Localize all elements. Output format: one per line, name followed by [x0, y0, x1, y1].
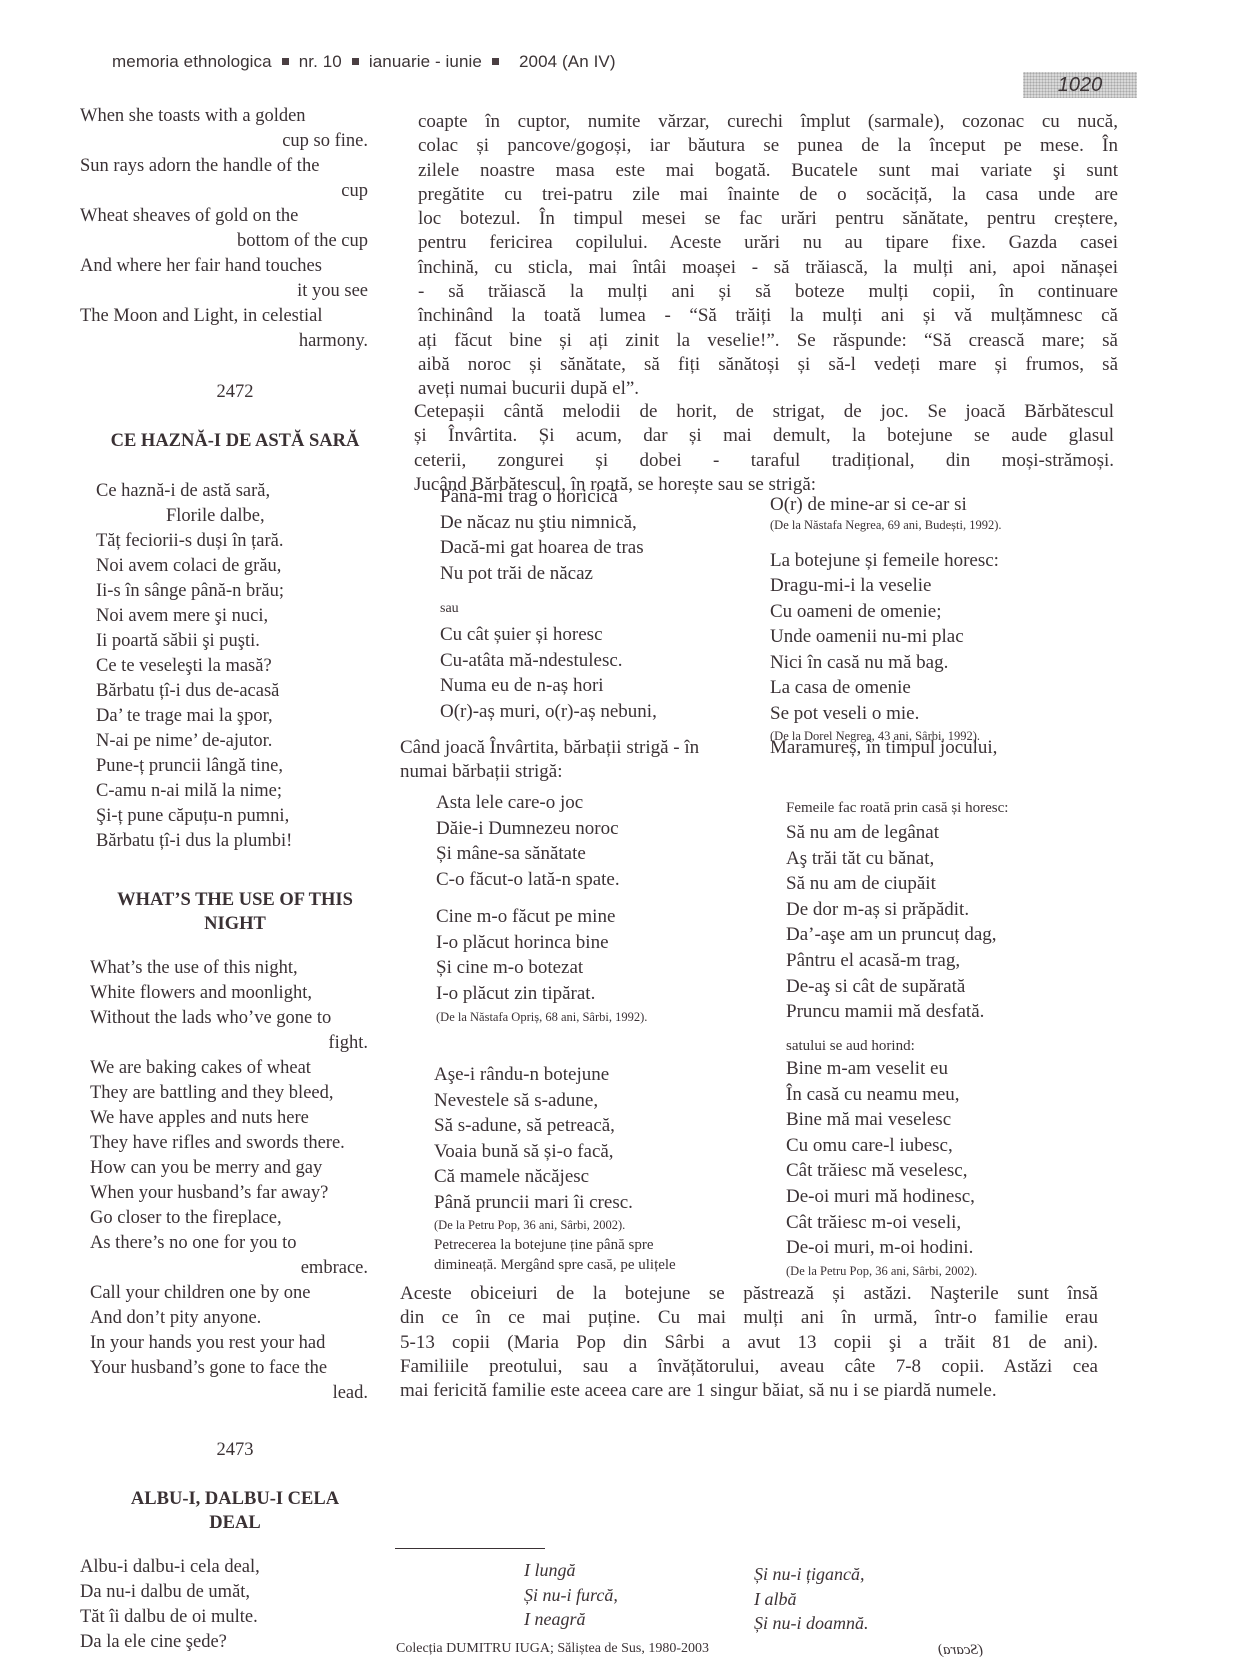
- prose-line: colac și pancove/gogoși, iar băutura se …: [418, 134, 1118, 158]
- issue-year: 2004 (An IV): [519, 52, 616, 71]
- sau-label: sau: [440, 600, 459, 618]
- invartita-intro: Când joacă Învârtita, bărbații strigă - …: [400, 736, 699, 784]
- verse-d: Asta lele care-o jocDăie-i Dumnezeu noro…: [436, 790, 620, 892]
- lyric-line-ro: Şi-ț pune căpuțu-n pumni,: [96, 804, 390, 829]
- lyric-line-en: In your hands you rest your had: [90, 1331, 390, 1356]
- lyric-line-en: As there’s no one for you to: [90, 1231, 390, 1256]
- riddle-line: Și nu-i țigancă,: [754, 1562, 869, 1587]
- translation-line: Wheat sheaves of gold on the: [80, 204, 390, 229]
- translation-line: And where her fair hand touches: [80, 254, 390, 279]
- verse-line: Se pot veseli o mie.: [770, 701, 964, 727]
- poem-translation-end: When she toasts with a goldencup so fine…: [80, 104, 390, 354]
- petrecerea-line: Petrecerea la botejune ține până spre: [434, 1235, 653, 1255]
- verse-line: Cine m-o făcut pe mine: [436, 904, 615, 930]
- verse-line: Pruncu mamii mă desfată.: [786, 999, 997, 1025]
- lyric-line: Da la ele cine şede?: [80, 1630, 390, 1655]
- verse-line: Cu cât șuier și horesc: [440, 622, 657, 648]
- prose-line: pregătite cu trei-patru zile mai înainte…: [418, 183, 1118, 207]
- lyric-line-en: White flowers and moonlight,: [90, 981, 390, 1006]
- source-citation: (De la Năstafa Opriș, 68 ani, Sârbi, 199…: [436, 1008, 647, 1026]
- intro-line: numai bărbații strigă:: [400, 760, 699, 784]
- lyric-line-en: lead.: [90, 1381, 390, 1406]
- verse-line: Cu-atâta mă-ndestulesc.: [440, 648, 657, 674]
- lyric-line-en: fight.: [90, 1031, 390, 1056]
- verse-line: I-o plăcut horinca bine: [436, 930, 615, 956]
- lyric-line-en: embrace.: [90, 1256, 390, 1281]
- verse-g: Aşe-i rându-n botejuneNevestele să s-adu…: [434, 1062, 633, 1216]
- lyric-line-en: Call your children one by one: [90, 1281, 390, 1306]
- lyric-line-ro: Bărbatu țî-i dus de-acasă: [96, 679, 390, 704]
- verse-line: Și cine m-o botezat: [436, 955, 615, 981]
- source-citation: (De la Petru Pop, 36 ani, Sârbi, 2002).: [434, 1216, 625, 1234]
- verse-line: La casa de omenie: [770, 675, 964, 701]
- verse-b: Cu cât șuier și horescCu-atâta mă-ndestu…: [440, 622, 657, 724]
- verse-line: Cât trăiesc m-oi veseli,: [786, 1210, 975, 1236]
- verse-line: Bine m-am veselit eu: [786, 1056, 975, 1082]
- collection-credit: Colecția DUMITRU IUGA; Săliștea de Sus, …: [396, 1641, 709, 1657]
- lyric-line-en: They are battling and they bleed,: [90, 1081, 390, 1106]
- prose-line: Cetерașii cântă melodii de horit, de str…: [414, 400, 1114, 424]
- translation-line: harmony.: [80, 329, 390, 354]
- prose-line: închinând la toată lumea - “Să trăiți la…: [418, 304, 1118, 328]
- running-header: memoria ethnologicanr. 10ianuarie - iuni…: [112, 52, 616, 72]
- lyric-line-en: Go closer to the fireplace,: [90, 1206, 390, 1231]
- verse-line: De-oi muri mă hodinesc,: [786, 1184, 975, 1210]
- translation-line: bottom of the cup: [80, 229, 390, 254]
- prose-line: din ce în ce mai puține. Cu mai mulți an…: [400, 1306, 1098, 1330]
- verse-line: Cât trăiesc mă veselesc,: [786, 1158, 975, 1184]
- verse-line: Nevestele să s-adune,: [434, 1088, 633, 1114]
- lyric-line-ro: Pune-ț pruncii lângă tine,: [96, 754, 390, 779]
- song-title-en-line: NIGHT: [80, 912, 390, 936]
- song-lyrics-ro: Ce haznă-i de astă sară,Florile dalbe,Tă…: [80, 479, 390, 854]
- song-title-line: DEAL: [80, 1511, 390, 1535]
- verse-line: Asta lele care-o joc: [436, 790, 620, 816]
- lyric-line-ro: Ii-s în sânge până-n brău;: [96, 579, 390, 604]
- verse-line: O(r)-aș muri, o(r)-aș nebuni,: [440, 699, 657, 725]
- verse-c: Dragu-mi-i la veselieCu oameni de omenie…: [770, 573, 964, 727]
- verse-line: Să nu am de legânat: [786, 820, 997, 846]
- prose-line: și Învârtita. Și acum, dar și mai demult…: [414, 424, 1114, 448]
- verse-line: Da’-aşe am un pruncuț dag,: [786, 922, 997, 948]
- bullet-square-icon: [352, 58, 359, 65]
- translation-line: The Moon and Light, in celestial: [80, 304, 390, 329]
- verse-line: Voaia bună să și-o facă,: [434, 1139, 633, 1165]
- prose-line: pentru fericirea copilului. Aceste urări…: [418, 231, 1118, 255]
- song-lyrics-en: What’s the use of this night,White flowe…: [80, 956, 390, 1406]
- verse-line: Bine mă mai veselesc: [786, 1107, 975, 1133]
- song-number: 2472: [80, 380, 390, 405]
- lyric-line: Albu-i dalbu-i cela deal,: [80, 1555, 390, 1580]
- prose-line: zilele noastre masa este mai bogată. Buc…: [418, 159, 1118, 183]
- prose-line: ceterii, zongurei și dobei - taraful tra…: [414, 449, 1114, 473]
- prose-line: coapte în cuptor, numite vărzar, curechi…: [418, 110, 1118, 134]
- lyric-line: Da nu-i dalbu de umăt,: [80, 1580, 390, 1605]
- verse-h: Bine m-am veselit euÎn casă cu neamu meu…: [786, 1056, 975, 1261]
- song-title-ro: CE HAZNĂ-I DE ASTĂ SARĂ: [80, 429, 390, 453]
- left-column: When she toasts with a goldencup so fine…: [80, 104, 390, 1655]
- prose-line: închină, cu sticla, mai întâi moașei - s…: [418, 256, 1118, 280]
- intro-roata: Femeile fac roată prin casă și horesc:: [786, 798, 1008, 818]
- issue-number: nr. 10: [299, 52, 342, 71]
- verse-line: Aş trăi tăt cu bănat,: [786, 846, 997, 872]
- verse-line: Pântru el acasă-m trag,: [786, 948, 997, 974]
- verse-line: Unde oamenii nu-mi plac: [770, 624, 964, 650]
- verse-line: Dragu-mi-i la veselie: [770, 573, 964, 599]
- riddle-line: Și nu-i furcă,: [524, 1583, 618, 1608]
- verse-line: De-aş si cât de supărată: [786, 974, 997, 1000]
- lyric-line-ro: C-amu n-ai milă la nime;: [96, 779, 390, 804]
- translation-line: cup so fine.: [80, 129, 390, 154]
- lyric-line-en: They have rifles and swords there.: [90, 1131, 390, 1156]
- verse-line: Dăie-i Dumnezeu noroc: [436, 816, 620, 842]
- verse-b-end: O(r) de mine-ar si ce-ar si: [770, 492, 967, 518]
- verse-f: Să nu am de legânatAş trăi tăt cu bănat,…: [786, 820, 997, 1025]
- lyric-line-en: We are baking cakes of wheat: [90, 1056, 390, 1081]
- verse-line: Până-mi trag o horicică: [440, 484, 644, 510]
- lyric-line-ro: Bărbatu țî-i dus la plumbi!: [96, 829, 390, 854]
- source-citation: (De la Năstafa Negrea, 69 ani, Budești, …: [770, 516, 1002, 534]
- riddle-line: I albă: [754, 1587, 869, 1612]
- verse-line: Să s-adune, să petreacă,: [434, 1113, 633, 1139]
- paragraph-2: Cetерașii cântă melodii de horit, de str…: [414, 400, 1114, 497]
- song-title-2473: ALBU-I, DALBU-I CELA DEAL: [80, 1487, 390, 1535]
- translation-line: it you see: [80, 279, 390, 304]
- verse-line: Și mâne-sa sănătate: [436, 841, 620, 867]
- lyric-line-en: Without the lads who’ve gone to: [90, 1006, 390, 1031]
- lyric-line-en: What’s the use of this night,: [90, 956, 390, 981]
- song-lyrics-2473: Albu-i dalbu-i cela deal,Da nu-i dalbu d…: [80, 1555, 390, 1655]
- verse-line: Până pruncii mari îi cresc.: [434, 1190, 633, 1216]
- prose-line: 5-13 copii (Maria Pop din Sârbi a avut 1…: [400, 1331, 1098, 1355]
- verse-line: Nu pot trăi de năcaz: [440, 561, 644, 587]
- lyric-line-ro: Ce te veseleşti la masă?: [96, 654, 390, 679]
- intro-women: La botejune și femeile horesc:: [770, 548, 999, 574]
- prose-line: aibă noroc și sănătate, să fiți sănătoși…: [418, 353, 1118, 377]
- intro-line: Când joacă Învârtita, bărbații strigă - …: [400, 736, 699, 760]
- verse-line: Cu oameni de omenie;: [770, 599, 964, 625]
- riddle-line: I lungă: [524, 1558, 618, 1583]
- lyric-line-ro: Ii poartă săbii şi puşti.: [96, 629, 390, 654]
- song-title-en-line: WHAT’S THE USE OF THIS: [80, 888, 390, 912]
- lyric-line-ro: Ce haznă-i de astă sară,: [96, 479, 390, 504]
- invartita-intro-right: Maramureș, în timpul jocului,: [770, 736, 997, 760]
- verse-line: I-o plăcut zin tipărat.: [436, 981, 615, 1007]
- verse-e: Cine m-o făcut pe mineI-o plăcut horinca…: [436, 904, 615, 1006]
- verse-line: Că mamele năcăjesc: [434, 1164, 633, 1190]
- verse-line: În casă cu neamu meu,: [786, 1082, 975, 1108]
- lyric-line-ro: Tăț feciorii-s duși în țară.: [96, 529, 390, 554]
- satului-line: satului se aud horind:: [786, 1036, 915, 1056]
- song-title-line: ALBU-I, DALBU-I CELA: [80, 1487, 390, 1511]
- verse-line: Aşe-i rându-n botejune: [434, 1062, 633, 1088]
- verse-line: Cu omu care-l iubesc,: [786, 1133, 975, 1159]
- prose-line: - să trăiască la mulți ani și să boteze …: [418, 280, 1118, 304]
- lyric-line-ro: N-ai pe nime’ de-ajutor.: [96, 729, 390, 754]
- lyric-line-en: When your husband’s far away?: [90, 1181, 390, 1206]
- prose-line: ați făcut bine și ați zinit la veselie!”…: [418, 329, 1118, 353]
- bullet-square-icon: [282, 58, 289, 65]
- translation-line: When she toasts with a golden: [80, 104, 390, 129]
- paragraph-1: coapte în cuptor, numite vărzar, curechi…: [418, 110, 1118, 402]
- song-number: 2473: [80, 1438, 390, 1463]
- prose-line: Familiile preotului, sau a învățătorului…: [400, 1355, 1098, 1379]
- verse-line: Numa eu de n-aș hori: [440, 673, 657, 699]
- paragraph-3: Aceste obiceiuri de la botejune se păstr…: [400, 1282, 1098, 1403]
- footnote-divider: [395, 1548, 545, 1549]
- song-title-en: WHAT’S THE USE OF THIS NIGHT: [80, 888, 390, 936]
- verse-line: Dacă-mi gat hoarea de tras: [440, 535, 644, 561]
- verse-line: De dor m-aș si prăpădit.: [786, 897, 997, 923]
- riddle-right: Și nu-i țigancă,I albăȘi nu-i doamnă.: [754, 1562, 869, 1636]
- prose-line: aveți numai bucurii după el”.: [418, 377, 1118, 401]
- lyric-line-ro: Da’ te trage mai la şpor,: [96, 704, 390, 729]
- translation-line: Sun rays adorn the handle of the: [80, 154, 390, 179]
- verse-line: Să nu am de ciupăit: [786, 871, 997, 897]
- lyric-line-en: We have apples and nuts here: [90, 1106, 390, 1131]
- lyric-line-en: And don’t pity anyone.: [90, 1306, 390, 1331]
- lyric-line-ro: Noi avem colaci de grău,: [96, 554, 390, 579]
- lyric-line: Tăt îi dalbu de oi multe.: [80, 1605, 390, 1630]
- verse-line: Nici în casă nu mă bag.: [770, 650, 964, 676]
- source-citation: (De la Petru Pop, 36 ani, Sârbi, 2002).: [786, 1262, 977, 1280]
- verse-line: C-o făcut-o lată-n spate.: [436, 867, 620, 893]
- verse-line: De-oi muri, m-oi hodini.: [786, 1235, 975, 1261]
- lyric-line-ro: Florile dalbe,: [96, 504, 390, 529]
- petrecerea-line: dimineață. Mergând spre casă, pe ulițele: [434, 1255, 676, 1275]
- page-number: 1020: [1023, 72, 1137, 98]
- journal-name: memoria ethnologica: [112, 52, 272, 71]
- prose-line: mai fericită familie este aceea care are…: [400, 1379, 1098, 1403]
- translation-line: cup: [80, 179, 390, 204]
- lyric-line-en: How can you be merry and gay: [90, 1156, 390, 1181]
- riddle-line: I neagră: [524, 1607, 618, 1632]
- prose-line: Aceste obiceiuri de la botejune se păstr…: [400, 1282, 1098, 1306]
- lyric-line-en: Your husband’s gone to face the: [90, 1356, 390, 1381]
- lyric-line-ro: Noi avem mere şi nuci,: [96, 604, 390, 629]
- issue-period: ianuarie - iunie: [369, 52, 482, 71]
- verse-line: De năcaz nu ştiu nimnică,: [440, 510, 644, 536]
- riddle-left: I lungăȘi nu-i furcă,I neagră: [524, 1558, 618, 1632]
- prose-line: loc botezul. În timpul mesei se fac urăr…: [418, 207, 1118, 231]
- verse-a: Până-mi trag o horicicăDe năcaz nu ştiu …: [440, 484, 644, 586]
- bullet-square-icon: [492, 58, 499, 65]
- riddle-answer-mirrored: (Scara): [938, 1642, 983, 1659]
- riddle-line: Și nu-i doamnă.: [754, 1611, 869, 1636]
